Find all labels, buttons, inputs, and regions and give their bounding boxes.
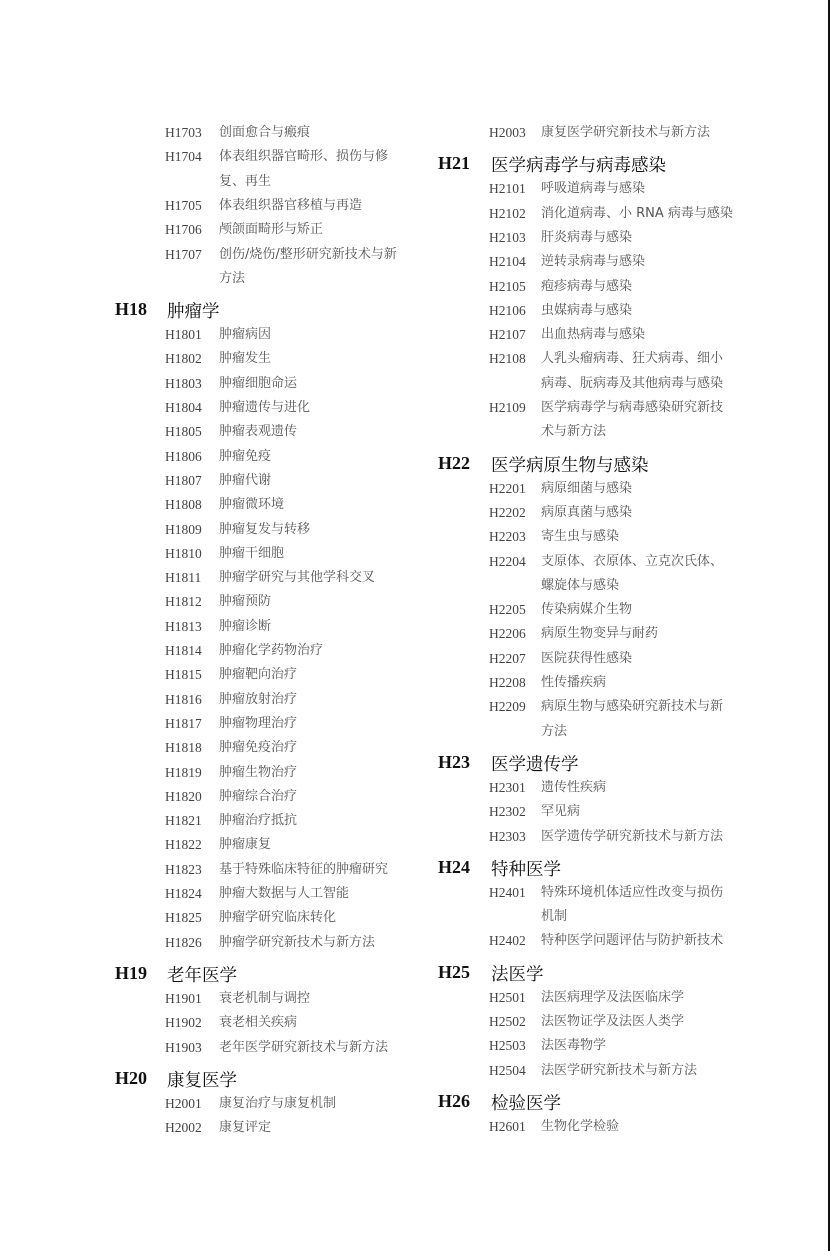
section-code: H22: [438, 453, 470, 474]
item-text: 疱疹病毒与感染: [541, 275, 632, 299]
item-text: 肿瘤遗传与进化: [219, 396, 310, 420]
item-code: H1826: [165, 935, 202, 951]
item-text: 传染病媒介生物: [541, 598, 632, 622]
item-code: H2303: [489, 829, 526, 845]
item-text: 法医学研究新技术与新方法: [541, 1059, 697, 1083]
section-code: H18: [115, 299, 147, 320]
section-code: H20: [115, 1068, 147, 1089]
item-text: 特种医学问题评估与防护新技术: [541, 929, 723, 953]
item-code: H2209: [489, 699, 526, 715]
item-text: 消化道病毒、小 RNA 病毒与感染: [541, 202, 733, 226]
item-code: H1704: [165, 149, 202, 165]
item-code: H2501: [489, 990, 526, 1006]
item-code: H1804: [165, 400, 202, 416]
item-code: H2208: [489, 675, 526, 691]
section-title: 法医学: [491, 961, 544, 986]
item-text: 法医物证学及法医人类学: [541, 1010, 684, 1034]
item-text: 肝炎病毒与感染: [541, 226, 632, 250]
item-code: H2205: [489, 602, 526, 618]
item-code: H1810: [165, 546, 202, 562]
item-code: H1814: [165, 643, 202, 659]
item-text: 医学遗传学研究新技术与新方法: [541, 825, 723, 849]
section-code: H23: [438, 752, 470, 773]
item-code: H1824: [165, 886, 202, 902]
item-text-continued: 复、再生: [219, 170, 271, 194]
item-code: H1703: [165, 125, 202, 141]
item-code: H2301: [489, 780, 526, 796]
item-code: H2401: [489, 885, 526, 901]
item-code: H2601: [489, 1119, 526, 1135]
item-code: H2001: [165, 1096, 202, 1112]
section-code: H21: [438, 153, 470, 174]
section-title: 医学遗传学: [491, 751, 579, 776]
item-text: 病原生物与感染研究新技术与新: [541, 695, 723, 719]
item-text: 法医病理学及法医临床学: [541, 986, 684, 1010]
item-text: 人乳头瘤病毒、狂犬病毒、细小: [541, 347, 723, 371]
item-code: H1901: [165, 991, 202, 1007]
item-text: 遗传性疾病: [541, 776, 606, 800]
item-code: H2102: [489, 206, 526, 222]
item-code: H2203: [489, 529, 526, 545]
item-text: 肿瘤学研究新技术与新方法: [219, 931, 375, 955]
item-code: H2302: [489, 804, 526, 820]
item-code: H1707: [165, 247, 202, 263]
item-text: 肿瘤生物治疗: [219, 761, 297, 785]
item-text: 肿瘤预防: [219, 590, 271, 614]
item-text: 寄生虫与感染: [541, 525, 619, 549]
section-title: 医学病原生物与感染: [491, 452, 649, 477]
item-code: H2204: [489, 554, 526, 570]
item-code: H1822: [165, 837, 202, 853]
item-text: 肿瘤诊断: [219, 615, 271, 639]
section-title: 老年医学: [167, 962, 237, 987]
item-code: H2101: [489, 181, 526, 197]
item-code: H1808: [165, 497, 202, 513]
item-code: H1812: [165, 594, 202, 610]
item-code: H1818: [165, 740, 202, 756]
item-text-continued: 方法: [541, 720, 567, 744]
item-code: H2206: [489, 626, 526, 642]
item-text: 肿瘤复发与转移: [219, 518, 310, 542]
item-text: 肿瘤放射治疗: [219, 688, 297, 712]
item-text: 肿瘤化学药物治疗: [219, 639, 323, 663]
item-text: 医院获得性感染: [541, 647, 632, 671]
item-text: 出血热病毒与感染: [541, 323, 645, 347]
item-code: H1706: [165, 222, 202, 238]
item-text: 逆转录病毒与感染: [541, 250, 645, 274]
item-code: H1902: [165, 1015, 202, 1031]
item-text: 肿瘤代谢: [219, 469, 271, 493]
section-title: 检验医学: [491, 1090, 561, 1115]
item-code: H2103: [489, 230, 526, 246]
item-text: 衰老机制与调控: [219, 987, 310, 1011]
item-code: H2402: [489, 933, 526, 949]
item-text: 肿瘤综合治疗: [219, 785, 297, 809]
item-code: H2109: [489, 400, 526, 416]
section-code: H25: [438, 962, 470, 983]
item-code: H1825: [165, 910, 202, 926]
item-code: H1802: [165, 351, 202, 367]
item-text: 衰老相关疾病: [219, 1011, 297, 1035]
section-title: 肿瘤学: [167, 298, 220, 323]
item-text-continued: 方法: [219, 267, 245, 291]
item-code: H1813: [165, 619, 202, 635]
section-code: H26: [438, 1091, 470, 1112]
item-text: 肿瘤微环境: [219, 493, 284, 517]
item-text: 肿瘤干细胞: [219, 542, 284, 566]
item-text: 肿瘤发生: [219, 347, 271, 371]
item-text: 病原真菌与感染: [541, 501, 632, 525]
item-text-continued: 术与新方法: [541, 420, 606, 444]
item-text: 病原细菌与感染: [541, 477, 632, 501]
item-code: H1817: [165, 716, 202, 732]
item-code: H1807: [165, 473, 202, 489]
item-text: 肿瘤康复: [219, 833, 271, 857]
item-text: 肿瘤物理治疗: [219, 712, 297, 736]
item-code: H1806: [165, 449, 202, 465]
item-text-continued: 机制: [541, 905, 567, 929]
item-text: 虫媒病毒与感染: [541, 299, 632, 323]
item-code: H2201: [489, 481, 526, 497]
item-text: 颅颌面畸形与矫正: [219, 218, 323, 242]
item-code: H1821: [165, 813, 202, 829]
item-code: H2108: [489, 351, 526, 367]
item-text: 创伤/烧伤/整形研究新技术与新: [219, 243, 397, 267]
item-code: H1801: [165, 327, 202, 343]
item-code: H1816: [165, 692, 202, 708]
item-text: 肿瘤大数据与人工智能: [219, 882, 349, 906]
item-text: 特殊环境机体适应性改变与损伤: [541, 881, 723, 905]
item-code: H1823: [165, 862, 202, 878]
section-title: 特种医学: [491, 856, 561, 881]
item-code: H2502: [489, 1014, 526, 1030]
item-text: 老年医学研究新技术与新方法: [219, 1036, 388, 1060]
item-code: H2503: [489, 1038, 526, 1054]
item-code: H1820: [165, 789, 202, 805]
section-title: 医学病毒学与病毒感染: [491, 152, 666, 177]
item-text: 支原体、衣原体、立克次氏体、: [541, 550, 723, 574]
item-text: 康复医学研究新技术与新方法: [541, 121, 710, 145]
section-code: H19: [115, 963, 147, 984]
item-code: H1903: [165, 1040, 202, 1056]
item-code: H2002: [165, 1120, 202, 1136]
item-code: H2105: [489, 279, 526, 295]
item-code: H1811: [165, 570, 201, 586]
item-text: 法医毒物学: [541, 1034, 606, 1058]
item-code: H2003: [489, 125, 526, 141]
item-text-continued: 病毒、朊病毒及其他病毒与感染: [541, 372, 723, 396]
item-text: 肿瘤细胞命运: [219, 372, 297, 396]
item-code: H1705: [165, 198, 202, 214]
item-text: 基于特殊临床特征的肿瘤研究: [219, 858, 388, 882]
item-text: 病原生物变异与耐药: [541, 622, 658, 646]
item-code: H2106: [489, 303, 526, 319]
item-text: 肿瘤学研究临床转化: [219, 906, 336, 930]
item-text: 体表组织器官畸形、损伤与修: [219, 145, 388, 169]
item-text: 肿瘤学研究与其他学科交叉: [219, 566, 375, 590]
item-code: H2504: [489, 1063, 526, 1079]
item-text: 性传播疾病: [541, 671, 606, 695]
item-text-continued: 螺旋体与感染: [541, 574, 619, 598]
item-code: H2202: [489, 505, 526, 521]
item-code: H1803: [165, 376, 202, 392]
item-text: 生物化学检验: [541, 1115, 619, 1139]
item-text: 肿瘤治疗抵抗: [219, 809, 297, 833]
section-code: H24: [438, 857, 470, 878]
section-title: 康复医学: [167, 1067, 237, 1092]
item-text: 罕见病: [541, 800, 580, 824]
item-code: H1809: [165, 522, 202, 538]
item-code: H1805: [165, 424, 202, 440]
item-text: 肿瘤免疫: [219, 445, 271, 469]
item-text: 康复治疗与康复机制: [219, 1092, 336, 1116]
item-text: 体表组织器官移植与再造: [219, 194, 362, 218]
item-text: 创面愈合与瘢痕: [219, 121, 310, 145]
item-text: 医学病毒学与病毒感染研究新技: [541, 396, 723, 420]
item-text: 呼吸道病毒与感染: [541, 177, 645, 201]
item-text: 肿瘤靶向治疗: [219, 663, 297, 687]
item-text: 肿瘤病因: [219, 323, 271, 347]
item-code: H2107: [489, 327, 526, 343]
item-text: 肿瘤表观遗传: [219, 420, 297, 444]
item-text: 康复评定: [219, 1116, 271, 1140]
item-text: 肿瘤免疫治疗: [219, 736, 297, 760]
item-code: H1819: [165, 765, 202, 781]
item-code: H1815: [165, 667, 202, 683]
item-code: H2207: [489, 651, 526, 667]
item-code: H2104: [489, 254, 526, 270]
